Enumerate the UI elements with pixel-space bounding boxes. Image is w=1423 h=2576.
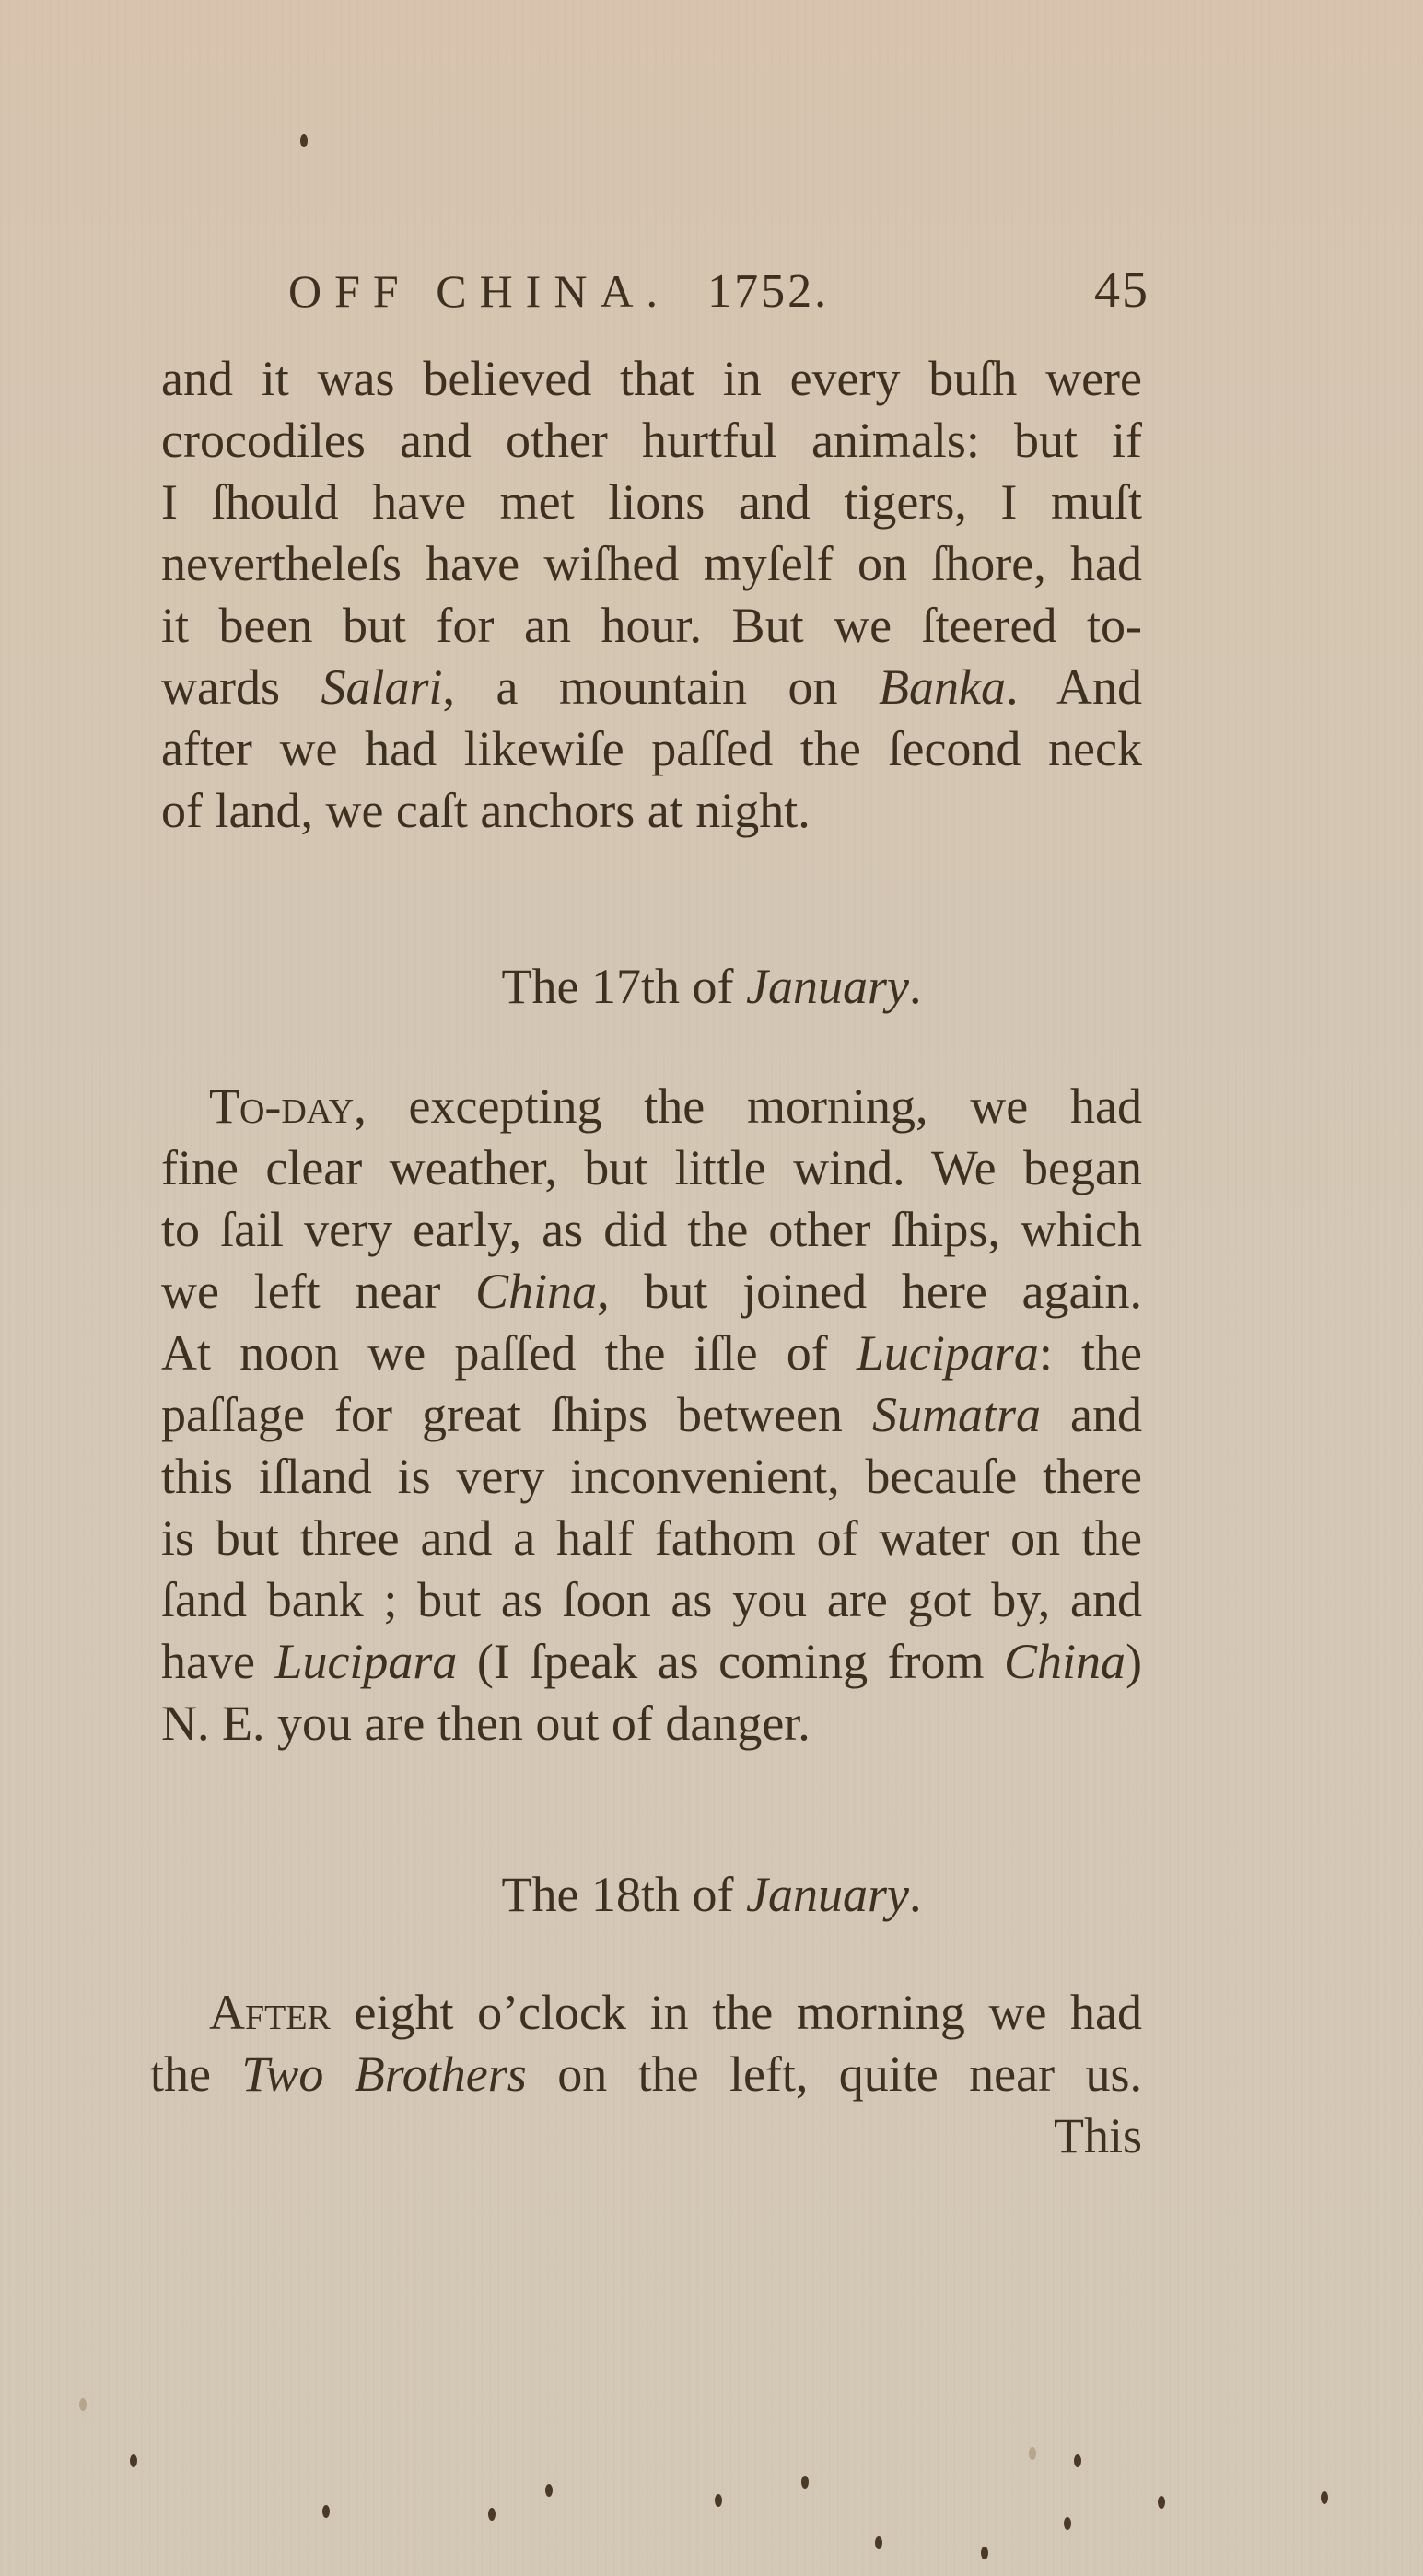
text-line: is but three and a half fathom of water …: [161, 1508, 1142, 1569]
text-run: crocodiles and other hurtful animals: bu…: [161, 413, 1142, 468]
paper-speck: [1074, 2454, 1081, 2467]
text-run: of land, we caſt anchors at night.: [161, 783, 811, 838]
heading-month: January: [746, 1867, 909, 1922]
text-run: this iſland is very inconvenient, becauſ…: [161, 1449, 1142, 1504]
text-line: After eight o’clock in the morning we ha…: [161, 1982, 1142, 2044]
text-run: nevertheleſs have wiſhed myſelf on ſhore…: [161, 536, 1142, 591]
small-caps-run: After: [209, 1985, 331, 2040]
text-run: , but joined here again.: [597, 1264, 1142, 1319]
page-number: 45: [1094, 261, 1149, 320]
paragraph-17-january: To-day, excepting the morning, we hadfin…: [161, 1076, 1142, 1754]
running-head-year: 1752.: [707, 264, 829, 319]
paper-speck: [79, 2398, 87, 2411]
paper-speck: [981, 2547, 988, 2559]
italic-run: Lucipara: [274, 1634, 457, 1689]
paper-speck: [545, 2484, 553, 2497]
section-heading-18-january: The 18th of January.: [0, 1866, 1423, 1923]
text-line: and it was believed that in every buſh w…: [161, 348, 1142, 410]
paper-speck: [801, 2476, 809, 2489]
text-line: it been but for an hour. But we ſteered …: [161, 595, 1142, 657]
text-line: this iſland is very inconvenient, becauſ…: [161, 1446, 1142, 1508]
text-run: it been but for an hour. But we ſteered …: [161, 598, 1142, 653]
paper-speck: [1064, 2517, 1071, 2530]
italic-run: Salari: [321, 659, 442, 715]
paper-speck: [715, 2494, 722, 2507]
text-run: I ſhould have met lions and tigers, I mu…: [161, 474, 1142, 530]
text-run: , excepting the morning, we had: [354, 1078, 1142, 1134]
running-head: OFF CHINA. 1752. 45: [288, 261, 1149, 320]
heading-text: The 18th of: [502, 1867, 746, 1922]
paper-speck: [875, 2536, 882, 2549]
book-page: OFF CHINA. 1752. 45 and it was believed …: [0, 0, 1423, 2576]
text-run: ): [1126, 1634, 1142, 1689]
small-caps-run: To-day: [209, 1078, 354, 1134]
paper-speck: [1321, 2491, 1328, 2504]
text-run: and: [1041, 1387, 1142, 1442]
text-run: : the: [1039, 1325, 1142, 1381]
text-line: of land, we caſt anchors at night.: [161, 780, 1142, 842]
italic-run: China: [475, 1264, 597, 1319]
text-line: wards Salari, a mountain on Banka. And: [161, 657, 1142, 718]
text-run: to ſail very early, as did the other ſhi…: [161, 1202, 1142, 1257]
text-run: N. E. you are then out of danger.: [161, 1696, 811, 1751]
text-run: paſſage for great ſhips between: [161, 1387, 872, 1442]
text-line: to ſail very early, as did the other ſhi…: [161, 1199, 1142, 1261]
italic-run: Two Brothers: [241, 2046, 526, 2102]
heading-punct: .: [909, 1867, 922, 1922]
catchword-block: This: [161, 2105, 1142, 2167]
text-line: To-day, excepting the morning, we had: [161, 1076, 1142, 1137]
italic-run: Banka: [879, 659, 1006, 715]
paper-speck: [322, 2505, 330, 2518]
text-run: fine clear weather, but little wind. We …: [161, 1140, 1142, 1195]
heading-month: January: [746, 959, 909, 1014]
text-line: after we had likewiſe paſſed the ſecond …: [161, 718, 1142, 780]
paper-speck: [1029, 2447, 1036, 2460]
heading-punct: .: [909, 959, 922, 1014]
heading-text: The 17th of: [502, 959, 746, 1014]
paper-speck: [130, 2454, 137, 2467]
paper-speck: [300, 134, 308, 147]
italic-run: Sumatra: [872, 1387, 1041, 1442]
text-run: . And: [1006, 659, 1142, 715]
paragraph-18-january: After eight o’clock in the morning we ha…: [161, 1982, 1142, 2105]
text-run: on the left, quite near us.: [527, 2046, 1142, 2102]
text-line: nevertheleſs have wiſhed myſelf on ſhore…: [161, 533, 1142, 595]
text-run: the: [150, 2046, 241, 2102]
text-run: ſand bank ; but as ſoon as you are got b…: [161, 1572, 1142, 1627]
text-run: (I ſpeak as coming from: [457, 1634, 1004, 1689]
text-line: N. E. you are then out of danger.: [161, 1693, 1142, 1754]
italic-run: Lucipara: [857, 1325, 1039, 1381]
text-line: paſſage for great ſhips between Sumatra …: [161, 1384, 1142, 1446]
text-line: the Two Brothers on the left, quite near…: [150, 2044, 1142, 2105]
running-head-title: OFF CHINA.: [288, 264, 671, 318]
text-run: is but three and a half fathom of water …: [161, 1510, 1142, 1566]
text-run: , a mountain on: [443, 659, 880, 715]
text-run: after we had likewiſe paſſed the ſecond …: [161, 721, 1142, 776]
paper-speck: [1158, 2496, 1165, 2509]
paper-speck: [488, 2508, 496, 2521]
text-run: At noon we paſſed the iſle of: [161, 1325, 857, 1381]
text-line: ſand bank ; but as ſoon as you are got b…: [161, 1569, 1142, 1631]
text-line: At noon we paſſed the iſle of Lucipara: …: [161, 1323, 1142, 1384]
paragraph-continued: and it was believed that in every buſh w…: [161, 348, 1142, 842]
text-line: fine clear weather, but little wind. We …: [161, 1137, 1142, 1199]
text-line: crocodiles and other hurtful animals: bu…: [161, 410, 1142, 472]
italic-run: China: [1004, 1634, 1126, 1689]
text-run: wards: [161, 659, 321, 715]
text-run: and it was believed that in every buſh w…: [161, 351, 1142, 406]
section-heading-17-january: The 17th of January.: [0, 958, 1423, 1015]
catchword: This: [161, 2105, 1142, 2167]
text-line: I ſhould have met lions and tigers, I mu…: [161, 472, 1142, 533]
text-run: have: [161, 1634, 274, 1689]
text-run: we left near: [161, 1264, 475, 1319]
text-run: eight o’clock in the morning we had: [331, 1985, 1142, 2040]
text-line: we left near China, but joined here agai…: [161, 1261, 1142, 1323]
text-line: have Lucipara (I ſpeak as coming from Ch…: [161, 1631, 1142, 1693]
